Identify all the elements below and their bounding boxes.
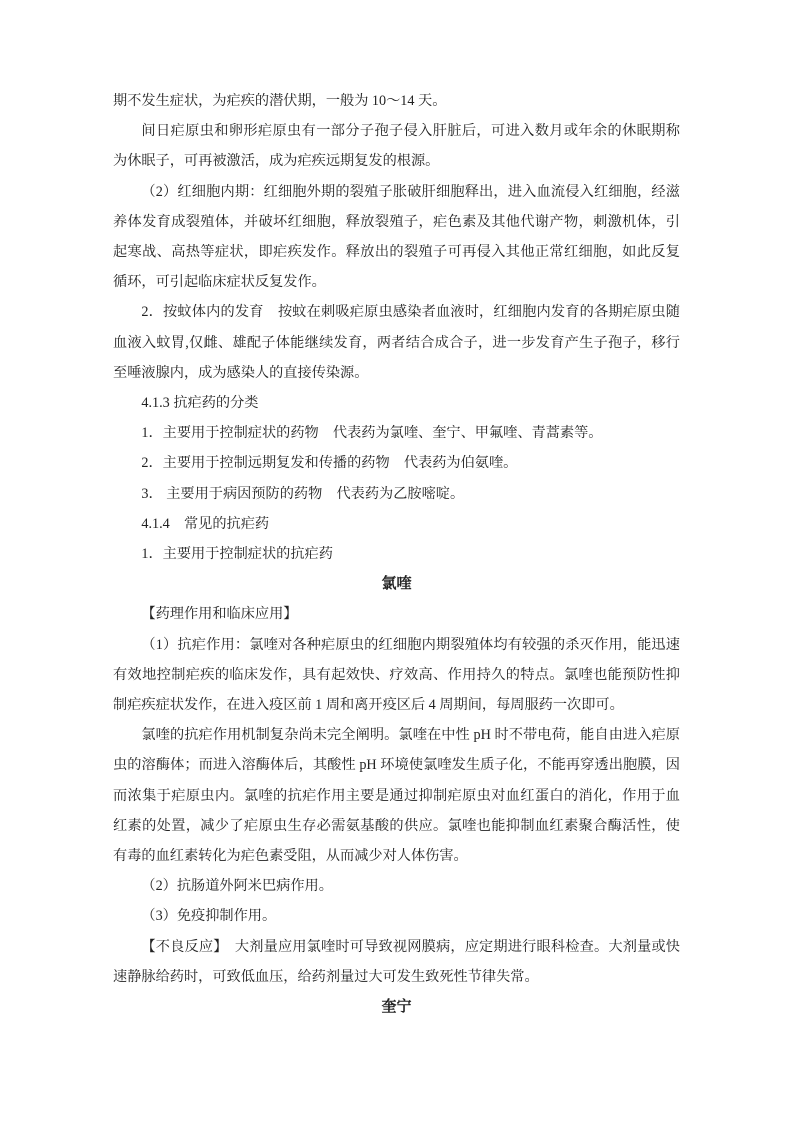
section-heading-4-1-3: 4.1.3 抗疟药的分类	[113, 388, 680, 418]
document-page: 期不发生症状，为疟疾的潜伏期，一般为 10～14 天。 间日疟原虫和卵形疟原虫有…	[0, 0, 793, 1122]
paragraph-amebiasis-effect: （2）抗肠道外阿米巴病作用。	[113, 871, 680, 901]
drug-heading-quinine: 奎宁	[113, 992, 680, 1022]
subsection-symptom-control: 1．主要用于控制症状的抗疟药	[113, 539, 680, 569]
section-heading-4-1-4: 4.1.4 常见的抗疟药	[113, 509, 680, 539]
paragraph-mosquito-development: 2．按蚊体内的发育 按蚊在刺吸疟原虫感染者血液时，红细胞内发育的各期疟原虫随血液…	[113, 297, 680, 388]
drug-heading-chloroquine: 氯喹	[113, 569, 680, 599]
paragraph-hypnozoite: 间日疟原虫和卵形疟原虫有一部分子孢子侵入肝脏后，可进入数月或年余的休眠期称为休眠…	[113, 116, 680, 176]
paragraph-adverse-reactions: 【不良反应】 大剂量应用氯喹时可导致视网膜病，应定期进行眼科检查。大剂量或快速静…	[113, 932, 680, 992]
paragraph-erythrocytic-stage: （2）红细胞内期：红细胞外期的裂殖子胀破肝细胞释出，进入血流侵入红细胞，经滋养体…	[113, 177, 680, 298]
list-item-prophylaxis-drugs: 3． 主要用于病因预防的药物 代表药为乙胺嘧啶。	[113, 479, 680, 509]
document-body: 期不发生症状，为疟疾的潜伏期，一般为 10～14 天。 间日疟原虫和卵形疟原虫有…	[113, 86, 680, 1022]
list-item-symptom-control-drugs: 1．主要用于控制症状的药物 代表药为氯喹、奎宁、甲氟喹、青蒿素等。	[113, 418, 680, 448]
label-pharmacology-clinical-use: 【药理作用和临床应用】	[113, 599, 680, 629]
paragraph-continuation: 期不发生症状，为疟疾的潜伏期，一般为 10～14 天。	[113, 86, 680, 116]
paragraph-mechanism: 氯喹的抗疟作用机制复杂尚未完全阐明。氯喹在中性 pH 时不带电荷，能自由进入疟原…	[113, 720, 680, 871]
list-item-relapse-control-drugs: 2．主要用于控制远期复发和传播的药物 代表药为伯氨喹。	[113, 448, 680, 478]
paragraph-immunosuppression: （3）免疫抑制作用。	[113, 901, 680, 931]
paragraph-antimalarial-effect: （1）抗疟作用：氯喹对各种疟原虫的红细胞内期裂殖体均有较强的杀灭作用，能迅速有效…	[113, 630, 680, 721]
